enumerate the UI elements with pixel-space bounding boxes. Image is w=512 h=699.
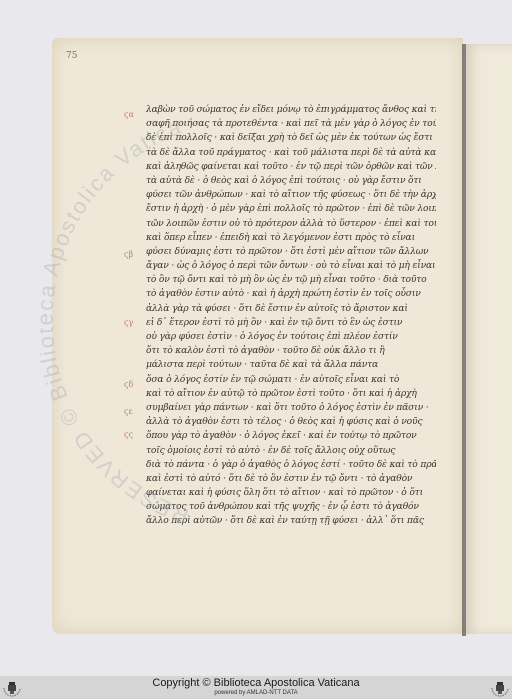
manuscript-line: ἄλλο περὶ αὐτῶν · ὅτι δὲ καὶ ἐν ταύτῃ τῇ…: [146, 514, 436, 528]
folio-number: 75: [66, 51, 77, 61]
manuscript-line: τὰ δὲ ἄλλα τοῦ πράγματος · καὶ τοῦ μάλισ…: [146, 146, 436, 160]
manuscript-line: ὅτι τὸ καλὸν ἐστὶ τὸ ἀγαθὸν · τοῦτο δὲ ο…: [146, 344, 436, 358]
manuscript-line: καὶ τὸ αἴτιον ἐν αὐτῷ τὸ πρῶτον ἐστὶ τοῦ…: [146, 387, 436, 401]
powered-by-text: powered by AMLAD-NTT DATA: [0, 689, 512, 697]
manuscript-line: καὶ ἀληθῶς φαίνεται καὶ τοῦτο · ἐν τῷ πε…: [146, 160, 436, 174]
manuscript-line: τὰ αὐτὰ δὲ · ὁ θεὸς καὶ ὁ λόγος ἐπὶ τούτ…: [146, 174, 436, 188]
manuscript-line: δὲ ἐπὶ πολλοῖς · καὶ δεῖξαι χρὴ τὸ δεῖ ὡ…: [146, 131, 436, 145]
manuscript-line: φύσει δύναμις ἐστι τὸ πρῶτον · ὅτι ἐστὶ …: [146, 245, 436, 259]
manuscript-line: διὰ τὸ πάντα · ὁ γὰρ ὁ ἀγαθὸς ὁ λόγος ἐσ…: [146, 458, 436, 472]
manuscript-line: λαβὼν τοῦ σώματος ἐν εἴδει μόνῳ τὸ ἐπιγρ…: [146, 103, 436, 117]
binding-gutter: [462, 44, 466, 636]
footer: Copyright © Biblioteca Apostolica Vatica…: [0, 676, 512, 699]
manuscript-line: σαφῆ ποιήσας τὰ προτεθέντα · καὶ πεῖ τὰ …: [146, 117, 436, 131]
manuscript-line: ἄγαν · ὡς ὁ λόγος ὁ περὶ τῶν ὄντων · οὐ …: [146, 259, 436, 273]
manuscript-page-adjacent: [466, 44, 512, 634]
manuscript-line: τὸ ἀγαθὸν ἐστιν αὐτὸ · καὶ ἡ ἀρχὴ πρώτη …: [146, 287, 436, 301]
copyright-text: Copyright © Biblioteca Apostolica Vatica…: [0, 677, 512, 689]
vatican-library-logo-icon: [2, 678, 22, 698]
margin-note: ϛε: [124, 407, 133, 416]
margin-note: ϛγ: [124, 318, 133, 327]
manuscript-line: τὸ ὂν τῷ ὄντι καὶ τὸ μὴ ὂν ὡς ἐν τῷ μὴ ε…: [146, 273, 436, 287]
manuscript-line: φαίνεται καὶ ἡ φύσις ὅλη ὅτι τὸ αἴτιον ·…: [146, 486, 436, 500]
manuscript-line: τῶν λοιπῶν ἐστιν οὐ τὸ πρότερον ἀλλὰ τὸ …: [146, 217, 436, 231]
manuscript-line: συμβαίνει γὰρ πάντων · καὶ ὅτι τοῦτο ὁ λ…: [146, 401, 436, 415]
manuscript-line: τοῖς ὁμοίοις ἐστὶ τὸ αὐτὸ · ἐν δὲ τοῖς ἄ…: [146, 444, 436, 458]
manuscript-line: ἔστιν ἡ ἀρχὴ · ὁ μὲν γὰρ ἐπὶ πολλοῖς τὸ …: [146, 202, 436, 216]
manuscript-line: ἀλλὰ τὸ ἀγαθὸν ἐστι τὸ τέλος · ὁ θεὸς κα…: [146, 415, 436, 429]
manuscript-line: εἰ δ᾽ ἕτερον ἐστὶ τὸ μὴ ὂν · καὶ ἐν τῷ ὄ…: [146, 316, 436, 330]
image-viewer[interactable]: 75 ϛαϛβϛγϛδϛεϛς λαβὼν τοῦ σώματος ἐν εἴδ…: [0, 0, 512, 676]
margin-note: ϛς: [124, 430, 133, 439]
manuscript-line: καὶ ὅπερ εἶπεν · ἐπειδὴ καὶ τὸ λεγόμενον…: [146, 231, 436, 245]
manuscript-text: λαβὼν τοῦ σώματος ἐν εἴδει μόνῳ τὸ ἐπιγρ…: [146, 103, 436, 529]
manuscript-line: σώματος τοῦ ἀνθρώπου καὶ τῆς ψυχῆς · ἐν …: [146, 500, 436, 514]
manuscript-line: οὐ γὰρ φύσει ἐστὶν · ὁ λόγος ἐν τούτοις …: [146, 330, 436, 344]
manuscript-line: καὶ ἐστὶ τὸ αὐτό · ὅτι δὲ τὸ ὂν ἐστιν ἐν…: [146, 472, 436, 486]
manuscript-line: ἀλλὰ γὰρ τὰ φύσει · ὅτι δὲ ἔστιν ἐν αὐτο…: [146, 302, 436, 316]
margin-note: ϛδ: [124, 380, 133, 389]
vatican-library-logo-icon: [490, 678, 510, 698]
manuscript-line: φύσει τῶν ἀνθρώπων · καὶ τὸ αἴτιον τῆς φ…: [146, 188, 436, 202]
manuscript-line: ὅσα ὁ λόγος ἐστίν ἐν τῷ σώματι · ἐν αὐτο…: [146, 373, 436, 387]
manuscript-line: ὅπου γὰρ τὸ ἀγαθὸν · ὁ λόγος ἐκεῖ · καὶ …: [146, 429, 436, 443]
manuscript-line: μάλιστα περὶ τούτων · ταῦτα δὲ καὶ τὰ ἄλ…: [146, 358, 436, 372]
margin-note: ϛα: [124, 110, 134, 119]
margin-note: ϛβ: [124, 250, 133, 259]
